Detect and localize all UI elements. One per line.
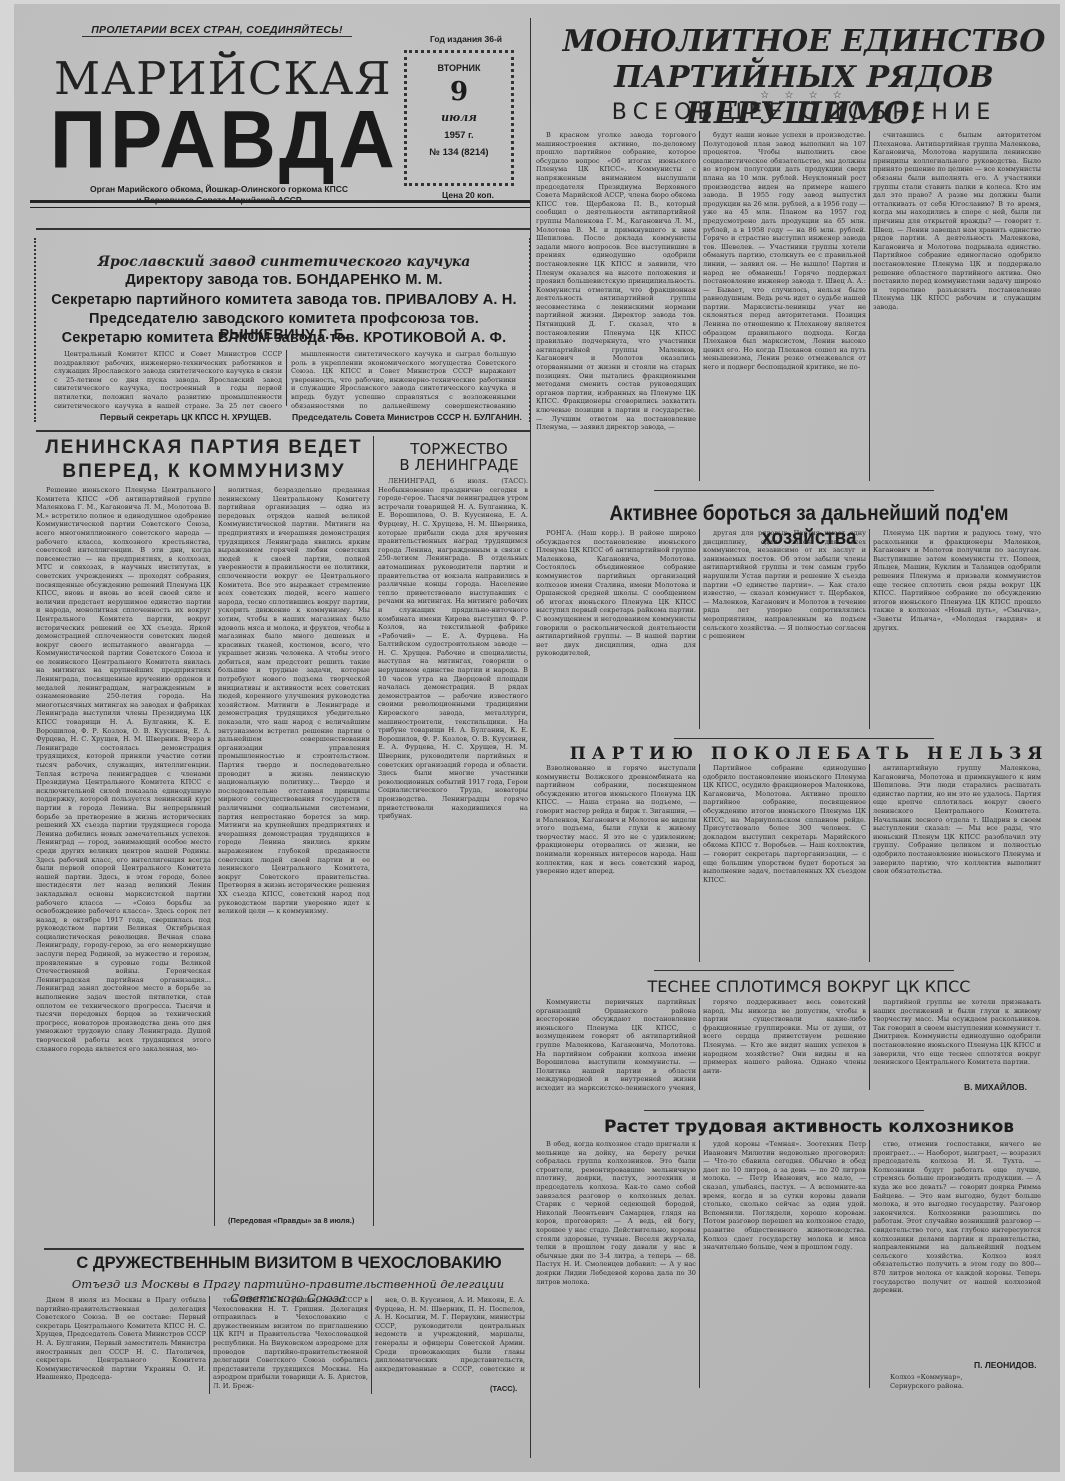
column-divider	[699, 764, 700, 962]
column-divider	[699, 131, 700, 481]
day: 9	[407, 77, 511, 107]
column-divider	[373, 436, 374, 1226]
section-rule	[654, 490, 934, 491]
closer-headline: ТЕСНЕЕ СПЛОТИМСЯ ВОКРУГ ЦК КПСС	[554, 977, 1064, 996]
section-rule	[44, 1248, 524, 1250]
signature-khrushchev: Первый секретарь ЦК КПСС Н. ХРУЩЕВ.	[100, 412, 271, 422]
masthead-motto: ПРОЛЕТАРИИ ВСЕХ СТРАН, СОЕДИНЯЙТЕСЬ!	[82, 24, 352, 37]
column-divider	[869, 998, 870, 1090]
lead-column-3: считавшись с былым авторитетом Плеханова…	[873, 131, 1041, 481]
price: Цена 20 коп.	[418, 190, 518, 200]
box-border-right	[529, 238, 532, 422]
greeting-column-1: Центральный Комитет КПСС и Совет Министр…	[54, 350, 282, 410]
column-divider	[286, 350, 287, 406]
czech-headline: С ДРУЖЕСТВЕННЫМ ВИЗИТОМ В ЧЕХОСЛОВАКИЮ	[44, 1254, 534, 1273]
date-box: ВТОРНИК 9 июля 1957 г. № 134 (8214)	[404, 50, 514, 186]
signature-bulganin: Председатель Совета Министров СССР Н. БУ…	[292, 412, 522, 422]
active-column-3: Пленума ЦК партии и радуюсь тому, что ра…	[873, 529, 1041, 734]
closer-column-3: партийной группы не хотели признавать на…	[873, 998, 1041, 1078]
newspaper-page: ПРОЛЕТАРИИ ВСЕХ СТРАН, СОЕДИНЯЙТЕСЬ! МАР…	[14, 4, 1060, 1472]
lead-column-2: будут наши новые успехи в производстве. …	[703, 131, 866, 481]
kolkhoz-column-3: ство, отменив госпоставки, ничего не про…	[873, 1140, 1041, 1346]
unshakeable-column-2: Партийное собрание единодушно одобрило п…	[703, 764, 866, 964]
active-column-1: РОНГА. (Наш корр.). В районе широко обсу…	[536, 529, 696, 734]
kolkhoz-column-1: В обед, когда колхозное стадо пригнали к…	[536, 1140, 696, 1390]
column-divider	[699, 529, 700, 729]
newspaper-title-line2: ПРАВДА	[50, 98, 355, 180]
unshakeable-headline: ПАРТИЮ ПОКОЛЕБАТЬ НЕЛЬЗЯ	[554, 744, 1064, 764]
greeting-column-2: мышленности синтетического каучука и сыг…	[291, 350, 516, 410]
leningrad-text: ЛЕНИНГРАД, 6 июля. (ТАСС). Необыкновенно…	[378, 477, 528, 1227]
lead-subhead: ВСЕОБЩЕЕ ОДОБРЕНИЕ	[544, 100, 1064, 125]
issue-number: № 134 (8214)	[407, 147, 511, 158]
section-rule	[654, 970, 954, 971]
czech-column-1: Днем 8 июля из Москвы в Прагу отбыла пар…	[36, 1296, 206, 1396]
greeting-line: Секретарю партийного комитета завода тов…	[44, 292, 524, 308]
greeting-line: Секретарю комитета ВЛКСМ завода тов. КРО…	[44, 330, 524, 346]
leninist-column-1: Решение июньского Пленума Центрального К…	[36, 486, 211, 1234]
leninist-headline: ЛЕНИНСКАЯ ПАРТИЯ ВЕДЕТ ВПЕРЕД, К КОММУНИ…	[34, 436, 374, 484]
unshakeable-column-1: Взволнованно и горячо выступали коммунис…	[536, 764, 696, 964]
czech-column-3: нев, О. В. Куусинен, А. И. Микоян, Е. А.…	[375, 1296, 525, 1372]
column-divider	[869, 529, 870, 729]
column-divider	[869, 764, 870, 962]
column-divider	[699, 998, 700, 1090]
lead-column-1: В красном уголке завода торгового машино…	[536, 131, 696, 481]
leninist-column-2: нолитная, безраздельно преданная ленинск…	[218, 486, 370, 1216]
column-divider	[209, 1296, 210, 1394]
leningrad-headline: ТОРЖЕСТВО В ЛЕНИНГРАДЕ	[379, 441, 539, 473]
masthead-rule	[30, 200, 530, 208]
greeting-title: Ярославский завод синтетического каучука	[44, 254, 524, 270]
kolkhoz-column-2: удой коровы «Темная». Зоотехник Петр Ива…	[703, 1140, 866, 1390]
column-divider	[371, 1296, 372, 1394]
lead-headline-line1: МОНОЛИТНОЕ ЕДИНСТВО	[544, 24, 1064, 60]
active-column-2: другая для рядовых. Партия имеет одну ди…	[703, 529, 866, 734]
column-divider	[214, 486, 215, 1226]
kolkhoz-headline: Растет трудовая активность колхозников	[554, 1117, 1064, 1137]
czech-column-2: тель ВЦСПС В. В. Гришин, посол СССР в Че…	[213, 1296, 368, 1396]
year-of-publication: Год издания 36-й	[416, 34, 516, 44]
leninist-credit: (Передовая «Правды» за 8 июля.)	[228, 1216, 354, 1225]
czech-credit: (ТАСС).	[490, 1384, 517, 1393]
kolkhoz-location: Колхоз «Коммунар», Сернурского района.	[890, 1373, 1040, 1393]
closer-column-2: горячо поддерживает весь советский народ…	[703, 998, 866, 1094]
year: 1957 г.	[407, 130, 511, 141]
page-divider	[530, 18, 531, 1458]
organ-line1: Орган Марийского обкома, Йошкар-Олинског…	[84, 184, 354, 195]
unshakeable-column-3: антипартийную группу Маленкова, Каганови…	[873, 764, 1041, 964]
box-border-left	[34, 238, 37, 422]
greeting-line: Директору завода тов. БОНДАРЕНКО М. М.	[44, 272, 524, 288]
section-rule	[674, 738, 934, 739]
closer-signature: В. МИХАЙЛОВ.	[964, 1082, 1027, 1092]
closer-column-1: Коммунисты первичных партийных организац…	[536, 998, 696, 1094]
month: июля	[407, 111, 511, 124]
column-divider	[869, 1140, 870, 1388]
column-divider	[869, 131, 870, 481]
column-divider	[699, 1140, 700, 1388]
section-rule	[644, 1110, 924, 1111]
kolkhoz-signature: П. ЛЕОНИДОВ.	[974, 1360, 1037, 1370]
weekday: ВТОРНИК	[407, 63, 511, 73]
